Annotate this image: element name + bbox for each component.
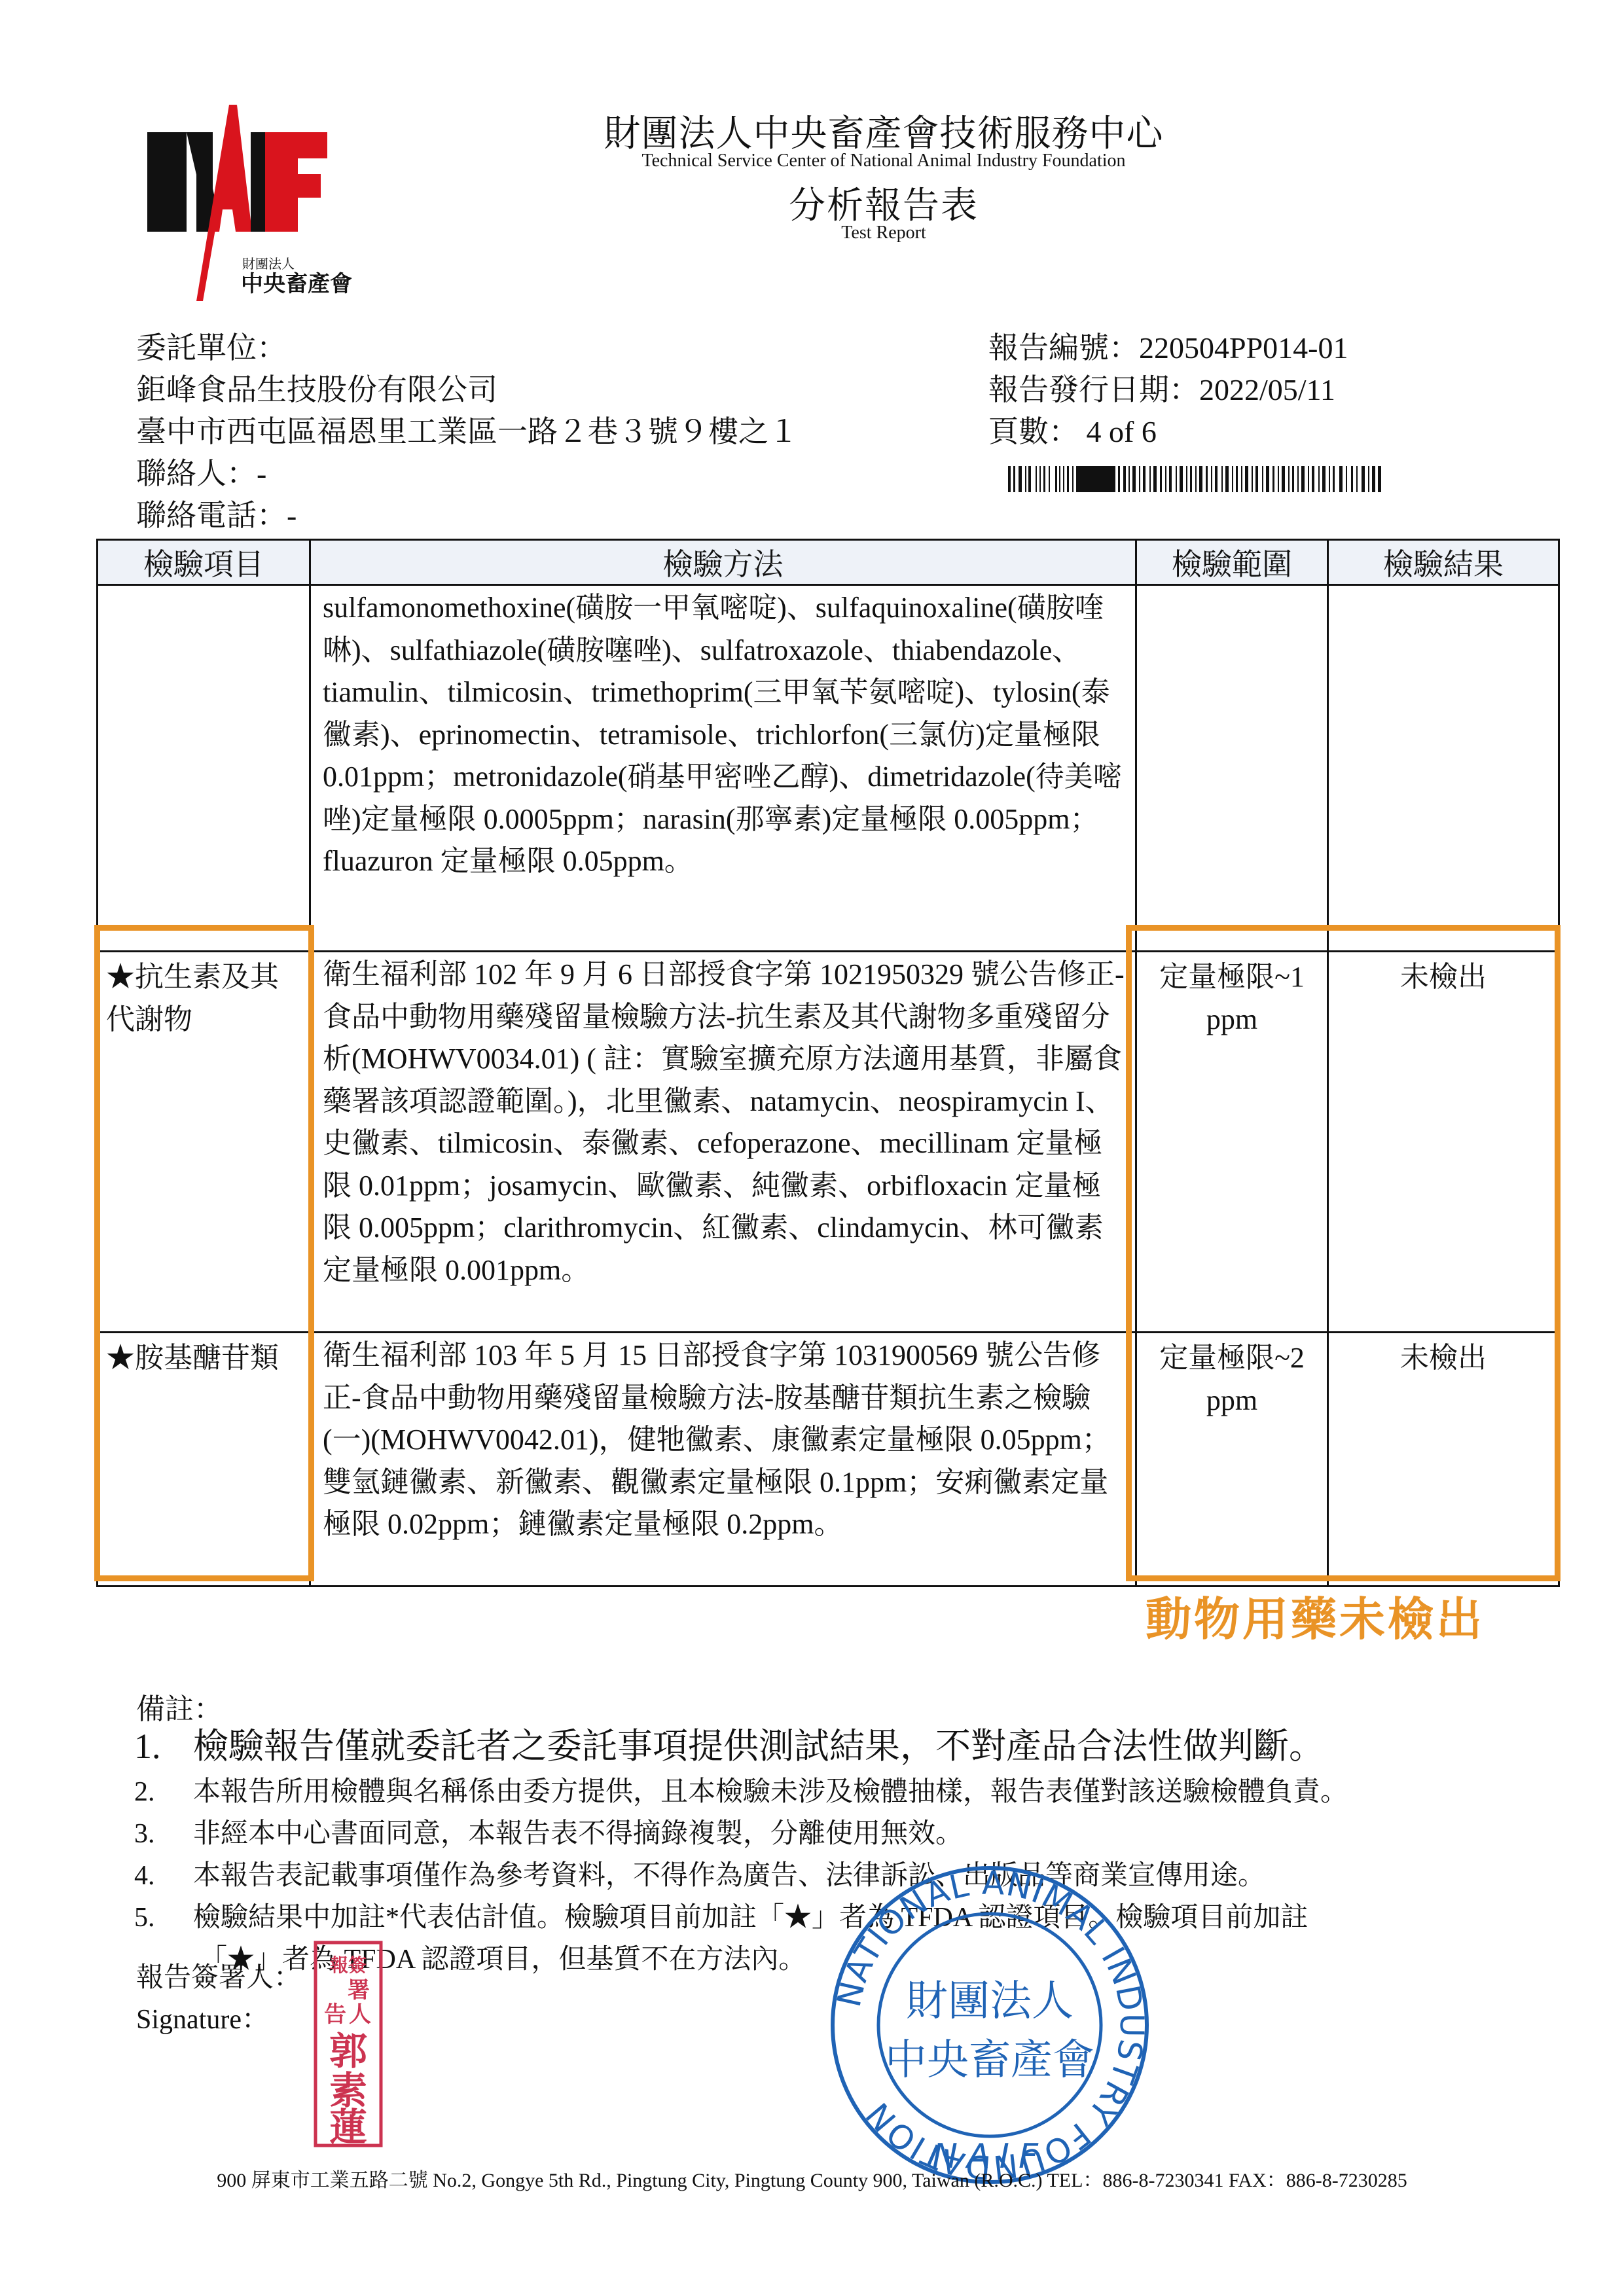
test-method: sulfamonomethoxine(磺胺一甲氧嘧啶)、sulfaquinoxa… [310,585,1136,952]
client-info: 委託單位： 鉅峰食品生技股份有限公司 臺中市西屯區福恩里工業區一路２巷３號９樓之… [136,327,799,537]
report-page: 頁數： 4 of 6 [988,411,1348,453]
client-address: 臺中市西屯區福恩里工業區一路２巷３號９樓之１ [136,411,799,453]
svg-text:財團法人: 財團法人 [242,256,295,272]
report-title-zh: 分析報告表 [393,177,1375,229]
svg-text:人: 人 [349,2001,371,2028]
header-test-result: 檢驗結果 [1328,540,1559,585]
test-method: 衛生福利部 103 年 5 月 15 日部授食字第 1031900569 號公告… [310,1333,1136,1587]
svg-text:財團法人: 財團法人 [906,1977,1074,2026]
svg-text:郭: 郭 [329,2029,367,2073]
client-contact: 聯絡人：- [136,453,799,495]
client-phone: 聯絡電話：- [136,495,799,537]
test-range: 定量極限~1 ppm [1136,952,1328,1333]
header-test-method: 檢驗方法 [310,540,1136,585]
results-table: 檢驗項目 檢驗方法 檢驗範圍 檢驗結果 sulfamonomethoxine(磺… [96,539,1560,1587]
client-label: 委託單位： [136,327,799,369]
test-item [98,585,310,952]
svg-text:報簽: 報簽 [330,1954,367,1976]
org-name-en: Technical Service Center of National Ani… [393,151,1375,171]
note-item: 1.檢驗報告僅就委託者之委託事項提供測試結果，不對產品合法性做判斷。 [134,1721,1509,1771]
signer-label-zh: 報告簽署人： [136,1957,301,1999]
table-row: ★抗生素及其代謝物 衛生福利部 102 年 9 月 6 日部授食字第 10219… [98,952,1559,1333]
note-item: 5.檢驗結果中加註*代表估計值。檢驗項目前加註「★」者為 TFDA 認證項目。檢… [134,1897,1509,1939]
org-name-zh: 財團法人中央畜產會技術服務中心 [393,105,1375,157]
report-title-en: Test Report [393,223,1375,243]
table-row: sulfamonomethoxine(磺胺一甲氧嘧啶)、sulfaquinoxa… [98,585,1559,952]
naif-logo: 財團法人 中央畜產會 [131,105,393,301]
footer-address: 900 屏東市工業五路二號 No.2, Gongye 5th Rd., Ping… [0,2164,1624,2193]
signer-label-en: Signature： [136,1999,301,2041]
test-method: 衛生福利部 102 年 9 月 6 日部授食字第 1021950329 號公告修… [310,952,1136,1333]
note-item: 2.本報告所用檢體與名稱係由委方提供，且本檢驗未涉及檢體抽樣，報告表僅對該送驗檢… [134,1771,1509,1813]
test-item: ★胺基醣苷類 [98,1333,310,1587]
barcode [1008,466,1381,492]
svg-text:告: 告 [324,2001,346,2028]
test-range: 定量極限~2 ppm [1136,1333,1328,1587]
header-test-range: 檢驗範圍 [1136,540,1328,585]
header-test-item: 檢驗項目 [98,540,310,585]
report-number: 報告編號：220504PP014-01 [988,327,1348,369]
test-range [1136,585,1328,952]
svg-text:中央畜產會: 中央畜產會 [241,271,352,297]
official-seal: NATIONAL ANIMAL INDUSTRY FOUNDATION NAIF… [826,1861,1153,2189]
signer-seal: 報簽 署 告 人 郭 素 蓮 [313,1940,384,2148]
report-date: 報告發行日期：2022/05/11 [988,369,1348,411]
client-company: 鉅峰食品生技股份有限公司 [136,369,799,411]
test-item: ★抗生素及其代謝物 [98,952,310,1333]
table-header-row: 檢驗項目 檢驗方法 檢驗範圍 檢驗結果 [98,540,1559,585]
svg-text:署: 署 [348,1977,370,2003]
note-item: 4.本報告表記載事項僅作為參考資料，不得作為廣告、法律訴訟、出版品等商業宣傳用途… [134,1855,1509,1897]
test-result: 未檢出 [1328,952,1559,1333]
signature-block: 報告簽署人： Signature： [136,1957,301,2041]
table-row: ★胺基醣苷類 衛生福利部 103 年 5 月 15 日部授食字第 1031900… [98,1333,1559,1587]
report-meta: 報告編號：220504PP014-01 報告發行日期：2022/05/11 頁數… [988,327,1348,453]
svg-text:中央畜產會: 中央畜產會 [885,2036,1094,2085]
svg-text:蓮: 蓮 [329,2105,367,2148]
note-item: 3.非經本中心書面同意，本報告表不得摘錄複製，分離使用無效。 [134,1813,1509,1855]
verdict-annotation: 動物用藥未檢出 [1146,1583,1485,1649]
test-result [1328,585,1559,952]
test-result: 未檢出 [1328,1333,1559,1587]
